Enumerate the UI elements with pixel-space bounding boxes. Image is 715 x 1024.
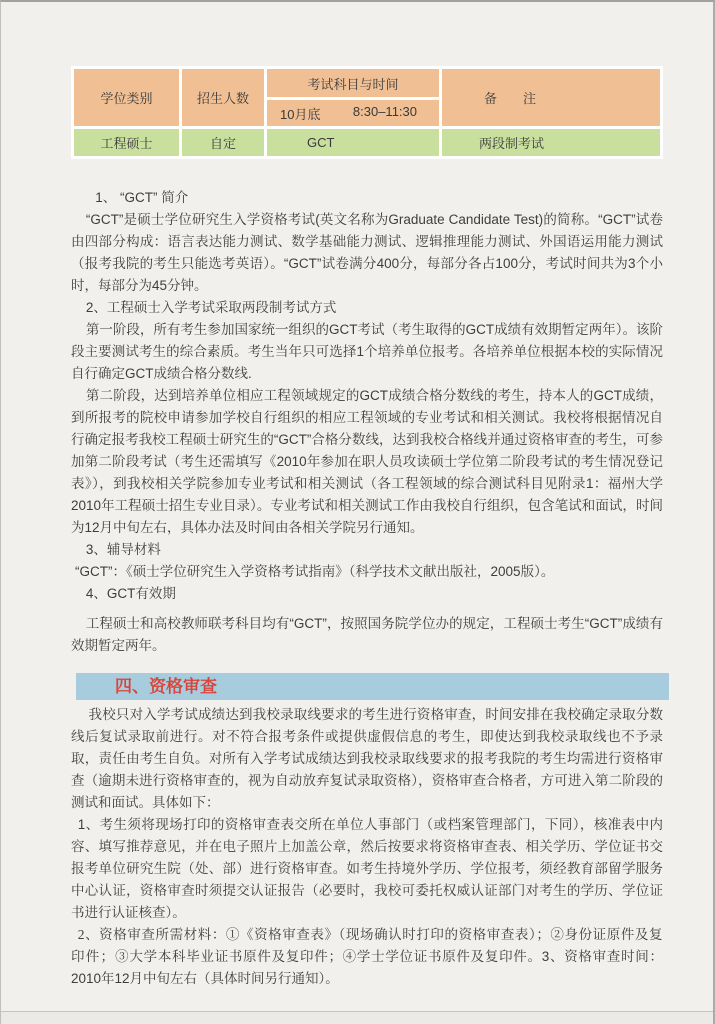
cell-remarks: 两段制考试 [442,129,660,156]
cell-enrollment: 自定 [182,129,264,156]
review-section: 我校只对入学考试成绩达到我校录取线要求的考生进行资格审查，时间安排在我校确定录取… [71,704,663,990]
paragraph-review-intro: 我校只对入学考试成绩达到我校录取线要求的考生进行资格审查，时间安排在我校确定录取… [71,704,663,814]
exam-time: 8:30–11:30 [353,104,417,123]
document-page: 学位类别 招生人数 考试科目与时间 备 注 10月底 8:30–11:30 工程… [0,0,715,1024]
cell-degree-type: 工程硕士 [74,129,179,156]
section-heading-two-stage: 2、工程硕士入学考试采取两段制考试方式 [71,297,663,319]
section-heading-gct-intro: 1、 “GCT” 简介 [71,187,663,209]
header-remarks: 备 注 [442,69,660,126]
header-enrollment: 招生人数 [182,69,264,126]
paragraph-stage-one: 第一阶段，所有考生参加国家统一组织的GCT考试（考生取得的GCT成绩有效期暂定两… [71,319,663,385]
paragraph-validity: 工程硕士和高校教师联考科目均有“GCT”，按照国务院学位办的规定，工程硕士考生“… [71,613,663,657]
header-exam-schedule: 10月底 8:30–11:30 [267,100,439,126]
table-data-row: 工程硕士 自定 GCT 两段制考试 [74,129,660,156]
header-degree-type: 学位类别 [74,69,179,126]
content-area: 学位类别 招生人数 考试科目与时间 备 注 10月底 8:30–11:30 工程… [71,66,663,657]
review-item2-sans-run: ③大学本科毕业证书原件及复印件；④学士学位证书原件及复印件。3、资格审查时间：2… [71,949,663,986]
table-header-row: 学位类别 招生人数 考试科目与时间 备 注 [74,69,660,97]
admission-info-table: 学位类别 招生人数 考试科目与时间 备 注 10月底 8:30–11:30 工程… [71,66,663,159]
paragraph-review-item1: 1、考生须将现场打印的资格审查表交所在单位人事部门（或档案管理部门，下同），核准… [71,814,663,924]
page-bottom-border [1,1011,713,1024]
section-heading-materials: 3、辅导材料 [71,539,663,561]
header-exam-subject-time: 考试科目与时间 [267,69,439,97]
section-banner-qualification-review: 四、资格审查 [76,673,669,700]
paragraph-stage-two: 第二阶段，达到培养单位相应工程领域规定的GCT成绩合格分数线的考生，持本人的GC… [71,385,663,539]
section-heading-validity: 4、GCT有效期 [71,583,663,605]
exam-date: 10月底 [280,104,320,123]
paragraph-gct-intro: “GCT”是硕士学位研究生入学资格考试(英文名称为Graduate Candid… [71,209,663,297]
cell-exam-subject: GCT [267,129,439,156]
paragraph-materials: “GCT”：《硕士学位研究生入学资格考试指南》（科学技术文献出版社，2005版）… [71,561,663,583]
exam-schedule-wrap: 10月底 8:30–11:30 [267,104,439,123]
paragraph-review-item2: 2、资格审查所需材料：①《资格审查表》（现场确认时打印的资格审查表）；②身份证原… [71,924,663,990]
